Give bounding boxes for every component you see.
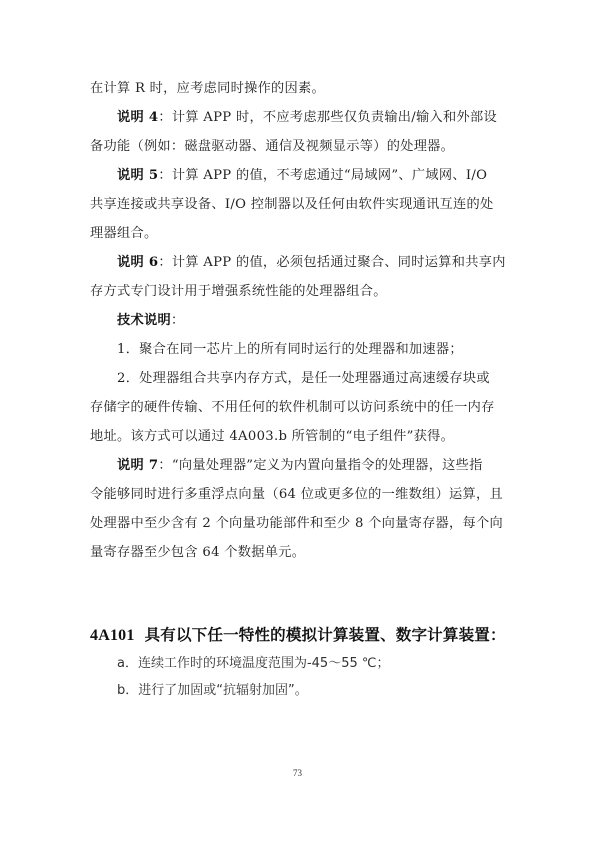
paragraph-line: 量寄存器至少包含 64 个数据单元。 bbox=[90, 544, 510, 562]
page-number: 73 bbox=[0, 768, 595, 778]
document-page: 在计算 R 时，应考虑同时操作的因素。 说明 4：计算 APP 时，不应考虑那些… bbox=[0, 0, 595, 841]
note-label: 说明 6 bbox=[117, 255, 158, 270]
note-label: 说明 5 bbox=[117, 168, 158, 183]
section-heading-4a101: 4A101具有以下任一特性的模拟计算装置、数字计算装置： bbox=[90, 623, 506, 645]
tech-note-item-1: 1．聚合在同一芯片上的所有同时运行的处理器和加速器； bbox=[117, 341, 537, 359]
paragraph-line: 存方式专门设计用于增强系统性能的处理器组合。 bbox=[90, 283, 510, 301]
note-7-line: 说明 7：“向量处理器”定义为内置向量指令的处理器，这些指 bbox=[117, 457, 537, 475]
paragraph-line: 理器组合。 bbox=[90, 225, 510, 243]
section-title: 具有以下任一特性的模拟计算装置、数字计算装置： bbox=[145, 626, 506, 644]
note-6-line: 说明 6：计算 APP 的值，必须包括通过聚合、同时运算和共享内 bbox=[117, 254, 537, 272]
note-4-line: 说明 4：计算 APP 时，不应考虑那些仅负责输出/输入和外部设 bbox=[117, 109, 537, 127]
list-item-b: b．进行了加固或“抗辐射加固”。 bbox=[117, 679, 308, 698]
paragraph-line: 共享连接或共享设备、I/O 控制器以及任何由软件实现通讯互连的处 bbox=[90, 196, 510, 214]
paragraph-line: 存储字的硬件传输、不用任何的软件机制可以访问系统中的任一内存 bbox=[90, 399, 510, 417]
tech-note-item-2: 2．处理器组合共享内存方式，是任一处理器通过高速缓存块或 bbox=[117, 370, 537, 388]
note-label: 说明 4 bbox=[117, 110, 158, 125]
paragraph-line: 地址。该方式可以通过 4A003.b 所管制的“电子组件”获得。 bbox=[90, 428, 510, 446]
list-item-a: a．连续工作时的环境温度范围为-45～55 ℃； bbox=[117, 652, 389, 671]
section-code: 4A101 bbox=[90, 627, 135, 644]
paragraph-line: 处理器中至少含有 2 个向量功能部件和至少 8 个向量寄存器，每个向 bbox=[90, 515, 510, 533]
note-label: 技术说明 bbox=[117, 313, 171, 328]
paragraph-line: 在计算 R 时，应考虑同时操作的因素。 bbox=[90, 80, 510, 98]
tech-note-heading: 技术说明： bbox=[117, 312, 537, 330]
paragraph-line: 备功能（例如：磁盘驱动器、通信及视频显示等）的处理器。 bbox=[90, 138, 510, 156]
note-label: 说明 7 bbox=[117, 458, 158, 473]
paragraph-line: 令能够同时进行多重浮点向量（64 位或更多位的一维数组）运算，且 bbox=[90, 486, 510, 504]
note-5-line: 说明 5：计算 APP 的值，不考虑通过“局域网”、广域网、I/O bbox=[117, 167, 537, 185]
